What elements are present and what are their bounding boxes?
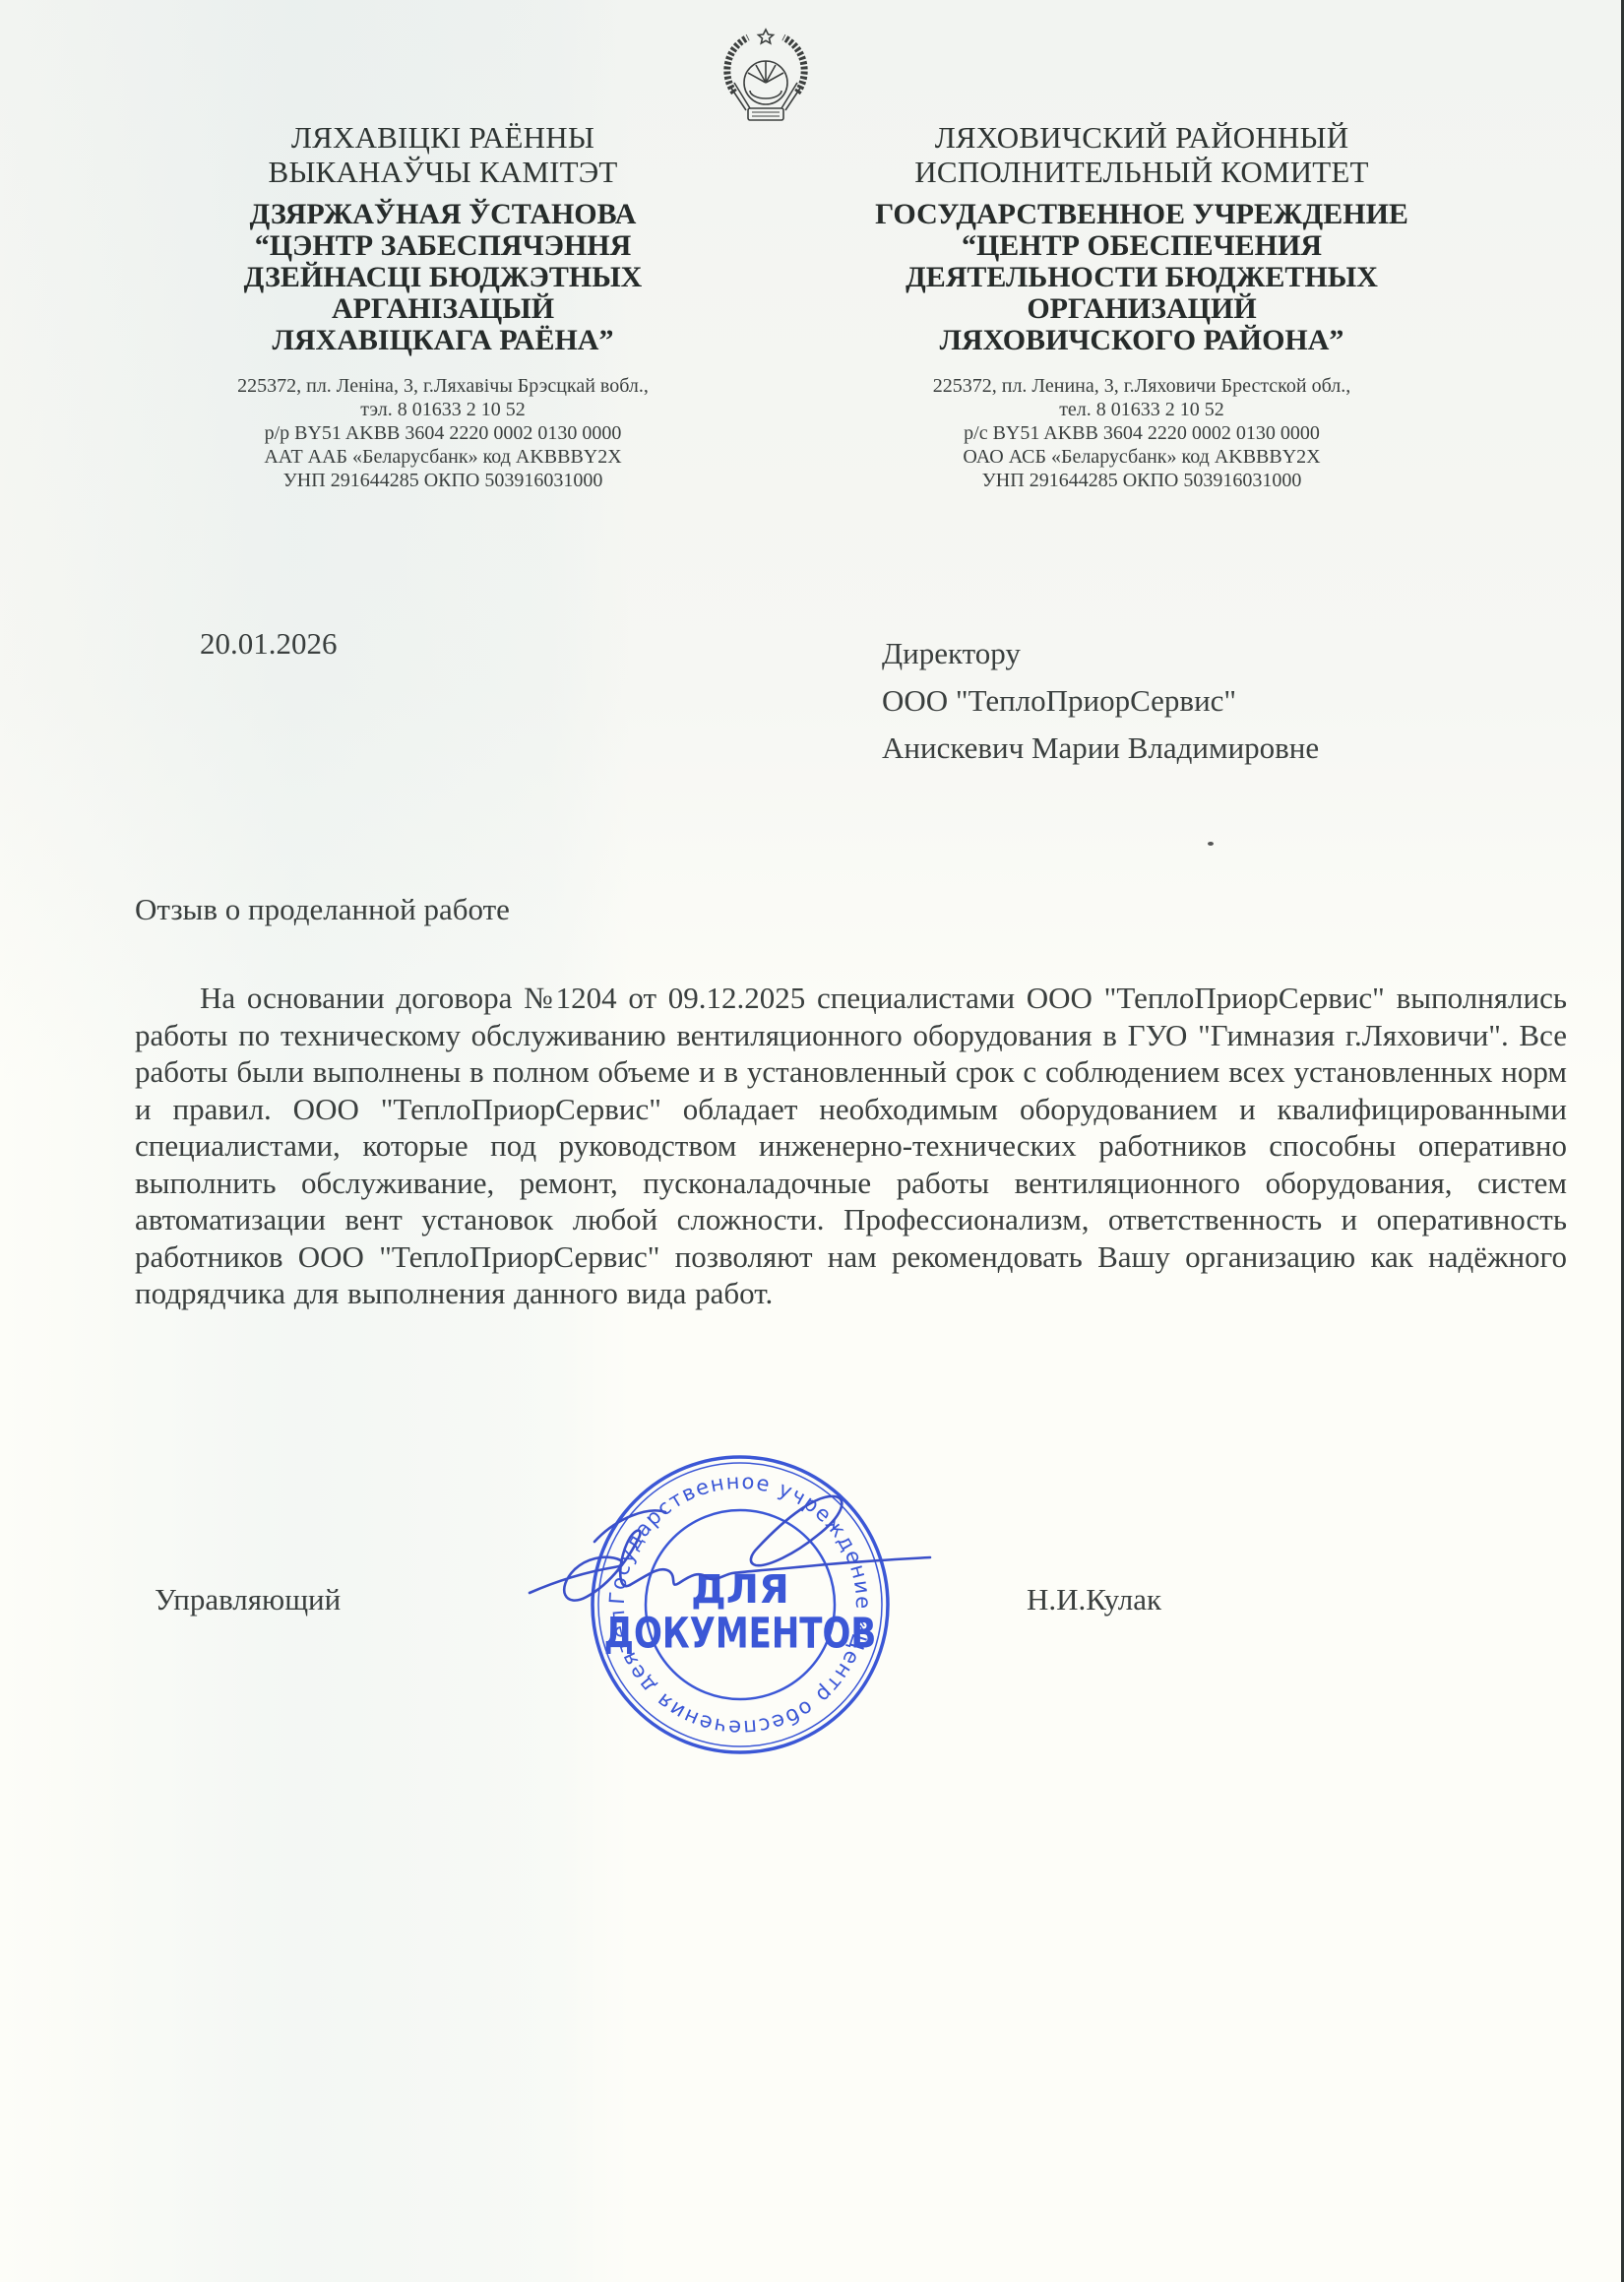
authority-name: ЛЯХОВИЧСКИЙ РАЙОННЫЙ ИСПОЛНИТЕЛЬНЫЙ КОМИ…	[807, 120, 1476, 189]
organization-name: ДЗЯРЖАЎНАЯ ЎСТАНОВА “ЦЭНТР ЗАБЕСПЯЧЭННЯ …	[148, 199, 738, 356]
addressee-position: Директору	[882, 630, 1319, 677]
organization-requisites: 225372, пл. Леніна, 3, г.Ляхавічы Брэсцк…	[148, 374, 738, 492]
organization-name: ГОСУДАРСТВЕННОЕ УЧРЕЖДЕНИЕ “ЦЕНТР ОБЕСПЕ…	[807, 199, 1476, 356]
letter-body: На основании договора №1204 от 09.12.202…	[135, 980, 1567, 1312]
letter-date: 20.01.2026	[200, 626, 338, 662]
addressee-company: ООО "ТеплоПриорСервис"	[882, 677, 1319, 725]
signer-role: Управляющий	[155, 1582, 341, 1617]
handwritten-signature-icon	[522, 1477, 935, 1634]
organization-requisites: 225372, пл. Ленина, 3, г.Ляховичи Брестс…	[807, 374, 1476, 492]
coat-of-arms-icon	[717, 22, 815, 132]
addressee-block: Директору ООО "ТеплоПриорСервис" Анискев…	[882, 630, 1319, 772]
authority-name: ЛЯХАВІЦКІ РАЁННЫ ВЫКАНАЎЧЫ КАМІТЭТ	[148, 120, 738, 189]
letter-subject: Отзыв о проделанной работе	[135, 892, 510, 927]
letterhead-russian: ЛЯХОВИЧСКИЙ РАЙОННЫЙ ИСПОЛНИТЕЛЬНЫЙ КОМИ…	[807, 120, 1476, 492]
signer-name: Н.И.Кулак	[1027, 1582, 1161, 1617]
letterhead-belarusian: ЛЯХАВІЦКІ РАЁННЫ ВЫКАНАЎЧЫ КАМІТЭТ ДЗЯРЖ…	[148, 120, 738, 492]
addressee-person: Анискевич Марии Владимировне	[882, 725, 1319, 772]
scan-speck	[1208, 842, 1214, 846]
